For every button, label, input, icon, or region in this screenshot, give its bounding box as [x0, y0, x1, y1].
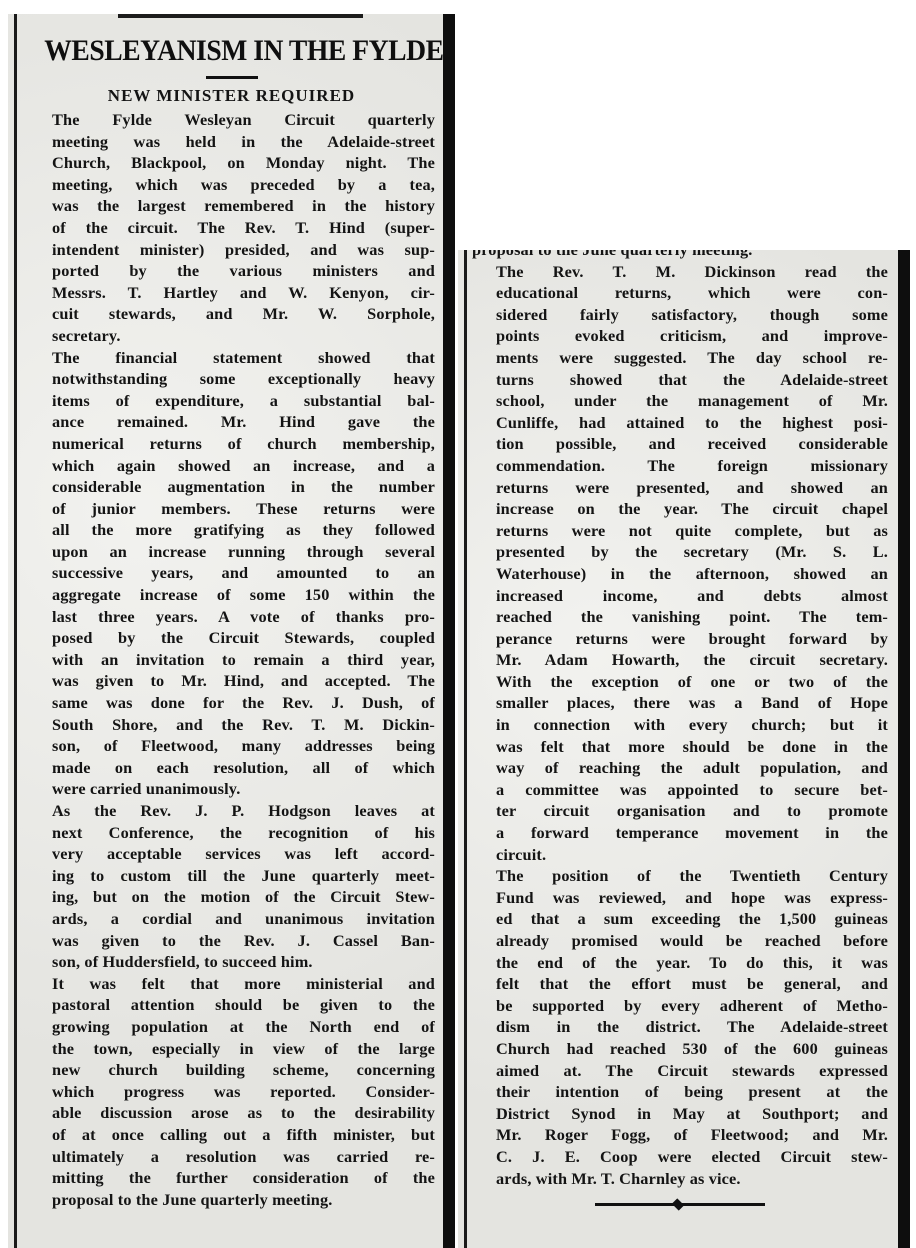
- text-line: ter circuit organisation and to promote: [472, 800, 888, 822]
- text-line: successive years, and amounted to an: [28, 562, 435, 584]
- text-line: the end of the year. To do this, it was: [472, 952, 888, 974]
- headline: WESLEYANISM IN THE FYLDE: [44, 34, 418, 68]
- text-line: was the largest remembered in the histor…: [28, 195, 435, 217]
- text-line: District Synod in May at Southport; and: [472, 1103, 888, 1125]
- text-line: It was felt that more ministerial and: [28, 973, 435, 995]
- paragraph: The position of the Twentieth CenturyFun…: [472, 865, 888, 1189]
- text-line: their intention of being present at the: [472, 1081, 888, 1103]
- text-line: able discussion arose as to the desirabi…: [28, 1102, 435, 1124]
- text-line: ed that a sum exceeding the 1,500 guinea…: [472, 908, 888, 930]
- paragraph: It was felt that more ministerial andpas…: [28, 973, 435, 1211]
- text-line: a forward temperance movement in the: [472, 822, 888, 844]
- text-line: C. J. E. Coop were elected Circuit stew-: [472, 1146, 888, 1168]
- text-line: mitting the further consideration of the: [28, 1167, 435, 1189]
- text-line: posed by the Circuit Stewards, coupled: [28, 627, 435, 649]
- text-line: circuit.: [472, 844, 888, 866]
- text-line: ance remained. Mr. Hind gave the: [28, 411, 435, 433]
- text-line: increase on the year. The circuit chapel: [472, 498, 888, 520]
- text-line: items of expenditure, a substantial bal-: [28, 390, 435, 412]
- text-line: South Shore, and the Rev. T. M. Dickin-: [28, 714, 435, 736]
- text-line: pastoral attention should be given to th…: [28, 994, 435, 1016]
- text-line: growing population at the North end of: [28, 1016, 435, 1038]
- text-line: The financial statement showed that: [28, 347, 435, 369]
- text-line: educational returns, which were con-: [472, 282, 888, 304]
- text-line: Church, Blackpool, on Monday night. The: [28, 152, 435, 174]
- text-line: ards, a cordial and unanimous invitation: [28, 908, 435, 930]
- text-line: with an invitation to remain a third yea…: [28, 649, 435, 671]
- text-line: be supported by every adherent of Metho-: [472, 995, 888, 1017]
- column-rule-left: [14, 14, 17, 1248]
- text-line: Fund was reviewed, and hope was express-: [472, 887, 888, 909]
- text-line: presented by the secretary (Mr. S. L.: [472, 541, 888, 563]
- text-line: With the exception of one or two of the: [472, 671, 888, 693]
- column-rule-right: [898, 250, 910, 1248]
- text-line: son, of Fleetwood, many addresses being: [28, 735, 435, 757]
- text-line: very acceptable services was left accord…: [28, 843, 435, 865]
- text-line: commendation. The foreign missionary: [472, 455, 888, 477]
- text-line: proposal to the June quarterly meeting.: [28, 1189, 435, 1211]
- text-line: meeting was held in the Adelaide-street: [28, 131, 435, 153]
- left-column-body: WESLEYANISM IN THE FYLDE NEW MINISTER RE…: [28, 34, 435, 1210]
- text-line: the town, especially in view of the larg…: [28, 1038, 435, 1060]
- text-line: which progress was reported. Consider-: [28, 1081, 435, 1103]
- text-line: turns showed that the Adelaide-street: [472, 369, 888, 391]
- text-line: was given to the Rev. J. Cassel Ban-: [28, 930, 435, 952]
- text-line: dism in the district. The Adelaide-stree…: [472, 1016, 888, 1038]
- text-line: perance returns were brought forward by: [472, 628, 888, 650]
- text-line: a committee was appointed to secure bet-: [472, 779, 888, 801]
- text-line: made on each resolution, all of which: [28, 757, 435, 779]
- text-line: The Fylde Wesleyan Circuit quarterly: [28, 109, 435, 131]
- text-line: last three years. A vote of thanks pro-: [28, 606, 435, 628]
- text-line: way of reaching the adult population, an…: [472, 757, 888, 779]
- text-line: ing, but on the motion of the Circuit St…: [28, 886, 435, 908]
- text-line: tion possible, and received considerable: [472, 433, 888, 455]
- text-line: son, of Huddersfield, to succeed him.: [28, 951, 435, 973]
- text-line: in connection with every church; but it: [472, 714, 888, 736]
- text-line: meeting, which was preceded by a tea,: [28, 174, 435, 196]
- right-column-body: proposal to the June quarterly meeting.T…: [472, 250, 888, 1206]
- text-line: secretary.: [28, 325, 435, 347]
- text-line: considerable augmentation in the number: [28, 476, 435, 498]
- article-clipping-left: WESLEYANISM IN THE FYLDE NEW MINISTER RE…: [8, 14, 455, 1248]
- text-line: Mr. Roger Fogg, of Fleetwood; and Mr.: [472, 1124, 888, 1146]
- text-line: upon an increase running through several: [28, 541, 435, 563]
- text-line: which again showed an increase, and a: [28, 455, 435, 477]
- text-line: returns were not quite complete, but as: [472, 520, 888, 542]
- text-line: felt that the effort must be general, an…: [472, 973, 888, 995]
- paragraph: The Rev. T. M. Dickinson read theeducati…: [472, 261, 888, 866]
- text-line: The position of the Twentieth Century: [472, 865, 888, 887]
- paragraph: The Fylde Wesleyan Circuit quarterlymeet…: [28, 109, 435, 347]
- text-line: of junior members. These returns were: [28, 498, 435, 520]
- text-line: The Rev. T. M. Dickinson read the: [472, 261, 888, 283]
- subheadline: NEW MINISTER REQUIRED: [28, 85, 435, 107]
- text-line: next Conference, the recognition of his: [28, 822, 435, 844]
- text-line: all the more gratifying as they followed: [28, 519, 435, 541]
- text-line: was given to Mr. Hind, and accepted. The: [28, 670, 435, 692]
- article-clipping-right: proposal to the June quarterly meeting.T…: [458, 250, 910, 1248]
- text-line: numerical returns of church membership,: [28, 433, 435, 455]
- text-line: ing to custom till the June quarterly me…: [28, 865, 435, 887]
- text-line: proposal to the June quarterly meeting.: [472, 250, 888, 261]
- text-line: of the circuit. The Rev. T. Hind (super-: [28, 217, 435, 239]
- text-line: aimed at. The Circuit stewards expressed: [472, 1060, 888, 1082]
- text-line: returns were presented, and showed an: [472, 477, 888, 499]
- right-paragraphs: proposal to the June quarterly meeting.T…: [472, 250, 888, 1189]
- text-line: ards, with Mr. T. Charnley as vice.: [472, 1168, 888, 1190]
- text-line: notwithstanding some exceptionally heavy: [28, 368, 435, 390]
- left-paragraphs: The Fylde Wesleyan Circuit quarterlymeet…: [28, 109, 435, 1210]
- text-line: Cunliffe, had attained to the highest po…: [472, 412, 888, 434]
- paragraph: As the Rev. J. P. Hodgson leaves atnext …: [28, 800, 435, 973]
- text-line: ported by the various ministers and: [28, 260, 435, 282]
- text-line: ultimately a resolution was carried re-: [28, 1146, 435, 1168]
- text-line: Waterhouse) in the afternoon, showed an: [472, 563, 888, 585]
- headline-divider: [206, 76, 258, 79]
- paragraph: proposal to the June quarterly meeting.: [472, 250, 888, 261]
- text-line: were carried unanimously.: [28, 778, 435, 800]
- text-line: sidered fairly satisfactory, though some: [472, 304, 888, 326]
- text-line: of at once calling out a fifth minister,…: [28, 1124, 435, 1146]
- text-line: reached the vanishing point. The tem-: [472, 606, 888, 628]
- text-line: Messrs. T. Hartley and W. Kenyon, cir-: [28, 282, 435, 304]
- text-line: was felt that more should be done in the: [472, 736, 888, 758]
- top-divider: [118, 14, 363, 18]
- text-line: school, under the management of Mr.: [472, 390, 888, 412]
- column-rule-left: [464, 250, 467, 1248]
- text-line: cuit stewards, and Mr. W. Sorphole,: [28, 303, 435, 325]
- text-line: points evoked criticism, and improve-: [472, 325, 888, 347]
- text-line: Church had reached 530 of the 600 guinea…: [472, 1038, 888, 1060]
- text-line: already promised would be reached before: [472, 930, 888, 952]
- text-line: Mr. Adam Howarth, the circuit secretary.: [472, 649, 888, 671]
- text-line: same was done for the Rev. J. Dush, of: [28, 692, 435, 714]
- text-line: smaller places, there was a Band of Hope: [472, 692, 888, 714]
- text-line: intendent minister) presided, and was su…: [28, 239, 435, 261]
- end-of-article-ornament: [595, 1203, 765, 1206]
- text-line: ments were suggested. The day school re-: [472, 347, 888, 369]
- text-line: new church building scheme, concerning: [28, 1059, 435, 1081]
- text-line: As the Rev. J. P. Hodgson leaves at: [28, 800, 435, 822]
- text-line: aggregate increase of some 150 within th…: [28, 584, 435, 606]
- column-rule-right: [443, 14, 455, 1248]
- text-line: increased income, and debts almost: [472, 585, 888, 607]
- paragraph: The financial statement showed thatnotwi…: [28, 347, 435, 800]
